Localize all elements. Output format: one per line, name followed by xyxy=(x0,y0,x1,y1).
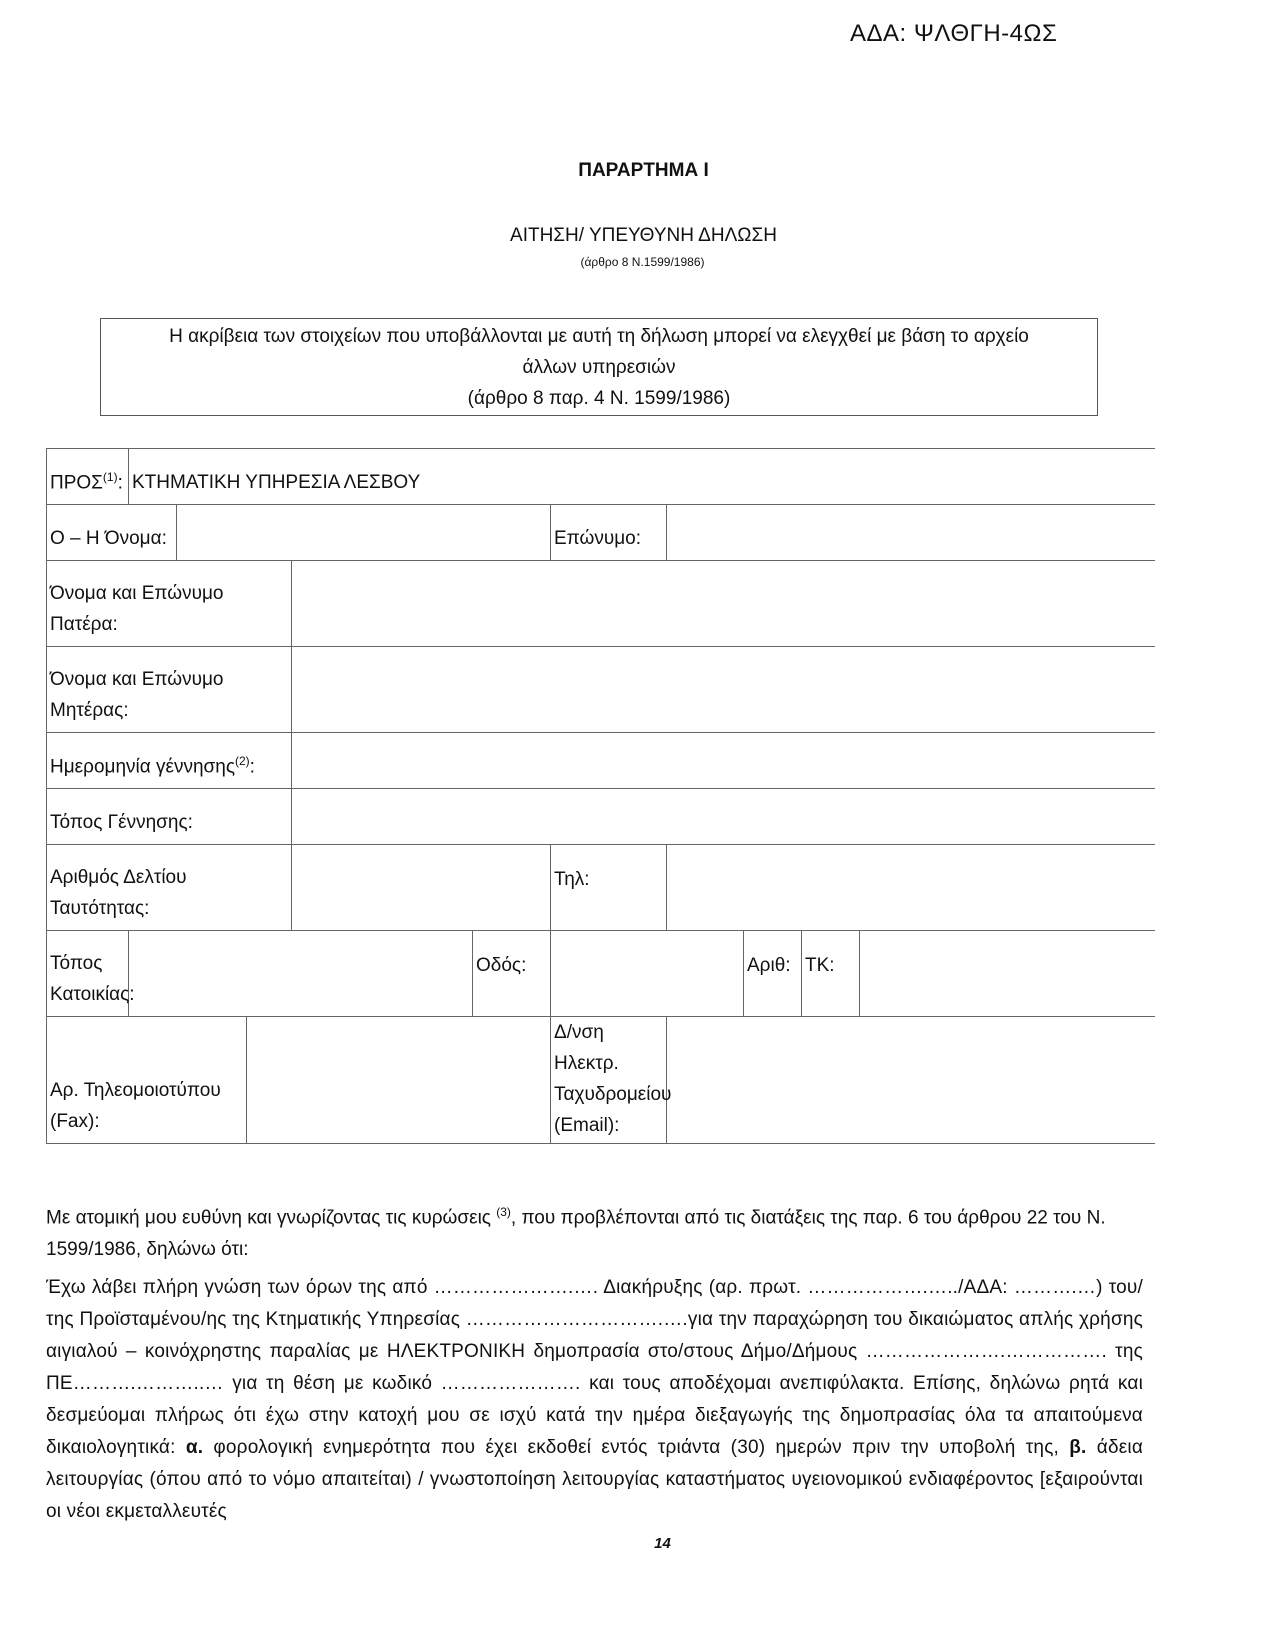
residence-label-line1: Τόπος xyxy=(50,948,128,979)
residence-field[interactable] xyxy=(129,931,473,1017)
birth-place-field[interactable] xyxy=(292,789,1155,845)
fax-label-line1: Αρ. Τηλεομοιοτύπου xyxy=(50,1075,246,1106)
first-name-field[interactable] xyxy=(177,505,551,561)
birth-place-label: Τόπος Γέννησης: xyxy=(47,789,292,845)
email-label-line2: Ταχυδρομείου xyxy=(554,1079,666,1110)
recipient-value: ΚΤΗΜΑΤΙΚΗ ΥΠΗΡΕΣΙΑ ΛΕΣΒΟΥ xyxy=(129,449,1155,505)
postcode-field[interactable] xyxy=(860,931,1155,1017)
form-row-birth-place: Τόπος Γέννησης: xyxy=(47,789,1155,845)
birth-date-label: Ημερομηνία γέννησης(2): xyxy=(47,733,292,789)
accuracy-notice-box: Η ακρίβεια των στοιχείων που υποβάλλοντα… xyxy=(100,318,1098,416)
declaration-intro: Με ατομική μου ευθύνη και γνωρίζοντας τι… xyxy=(46,1196,1143,1266)
phone-label: Τηλ: xyxy=(551,845,667,931)
form-row-fax-email: Αρ. Τηλεομοιοτύπου (Fax): Δ/νση Ηλεκτρ. … xyxy=(47,1017,1155,1144)
declaration-body: Έχω λάβει πλήρη γνώση των όρων της από …… xyxy=(46,1272,1143,1528)
birth-date-label-text: Ημερομηνία γέννησης xyxy=(50,756,235,777)
residence-label-line2: Κατοικίας: xyxy=(50,979,128,1010)
postcode-label: ΤΚ: xyxy=(802,931,860,1017)
last-name-field[interactable] xyxy=(667,505,1155,561)
form-row-father: Όνομα και Επώνυμο Πατέρα: xyxy=(47,561,1155,647)
form-row-mother: Όνομα και Επώνυμο Μητέρας: xyxy=(47,647,1155,733)
body-text-2: φορολογική ενημερότητα που έχει εκδοθεί … xyxy=(203,1437,1069,1458)
first-name-label: Ο – Η Όνομα: xyxy=(47,505,177,561)
intro-text-1: Με ατομική μου ευθύνη και γνωρίζοντας τι… xyxy=(46,1207,496,1228)
id-number-field[interactable] xyxy=(292,845,551,931)
last-name-label: Επώνυμο: xyxy=(551,505,667,561)
notice-line-2: άλλων υπηρεσιών xyxy=(101,352,1097,383)
item-a-marker: α. xyxy=(186,1437,203,1458)
fax-label-line2: (Fax): xyxy=(50,1106,246,1137)
form-row-residence: Τόπος Κατοικίας: Οδός: Αριθ: ΤΚ: xyxy=(47,931,1155,1017)
document-subtitle: ΑΙΤΗΣΗ/ ΥΠΕΥΘΥΝΗ ΔΗΛΩΣΗ xyxy=(0,225,1275,247)
father-name-label: Όνομα και Επώνυμο Πατέρα: xyxy=(47,561,292,647)
mother-name-label-line1: Όνομα και Επώνυμο xyxy=(50,664,291,695)
item-b-marker: β. xyxy=(1069,1437,1086,1458)
footnote-3-ref: (3) xyxy=(496,1205,511,1219)
id-number-label-line1: Αριθμός Δελτίου xyxy=(50,862,291,893)
form-row-id-phone: Αριθμός Δελτίου Ταυτότητας: Τηλ: xyxy=(47,845,1155,931)
recipient-label-text: ΠΡΟΣ xyxy=(50,472,103,493)
footnote-2-ref: (2) xyxy=(235,754,250,768)
fax-field[interactable] xyxy=(247,1017,551,1144)
body-text-1: Έχω λάβει πλήρη γνώση των όρων της από …… xyxy=(46,1277,1143,1458)
street-field[interactable] xyxy=(551,931,744,1017)
ada-code: ΑΔΑ: ΨΛΘΓΗ-4ΩΣ xyxy=(850,20,1057,48)
email-field[interactable] xyxy=(667,1017,1155,1144)
father-name-label-line1: Όνομα και Επώνυμο xyxy=(50,578,291,609)
id-number-label: Αριθμός Δελτίου Ταυτότητας: xyxy=(47,845,292,931)
mother-name-field[interactable] xyxy=(292,647,1155,733)
law-reference: (άρθρο 8 Ν.1599/1986) xyxy=(0,255,1275,269)
form-row-name: Ο – Η Όνομα: Επώνυμο: xyxy=(47,505,1155,561)
annex-title-text: ΠΑΡΑΡΤΗΜΑ Ι xyxy=(578,160,709,182)
id-number-label-line2: Ταυτότητας: xyxy=(50,893,291,924)
email-label-line1: Δ/νση Ηλεκτρ. xyxy=(554,1017,666,1079)
declaration-form-table: ΠΡΟΣ(1): ΚΤΗΜΑΤΙΚΗ ΥΠΗΡΕΣΙΑ ΛΕΣΒΟΥ Ο – Η… xyxy=(46,448,1155,1144)
residence-label: Τόπος Κατοικίας: xyxy=(47,931,129,1017)
phone-field[interactable] xyxy=(667,845,1155,931)
annex-title: ΠΑΡΑΡΤΗΜΑ Ι xyxy=(0,160,1275,182)
fax-label: Αρ. Τηλεομοιοτύπου (Fax): xyxy=(47,1017,247,1144)
street-number-label: Αριθ: xyxy=(744,931,802,1017)
birth-date-colon: : xyxy=(250,756,255,777)
street-label: Οδός: xyxy=(473,931,551,1017)
notice-line-1: Η ακρίβεια των στοιχείων που υποβάλλοντα… xyxy=(101,321,1097,352)
mother-name-label: Όνομα και Επώνυμο Μητέρας: xyxy=(47,647,292,733)
notice-line-3: (άρθρο 8 παρ. 4 Ν. 1599/1986) xyxy=(101,383,1097,414)
father-name-label-line2: Πατέρα: xyxy=(50,609,291,640)
mother-name-label-line2: Μητέρας: xyxy=(50,695,291,726)
recipient-colon: : xyxy=(118,472,123,493)
email-label: Δ/νση Ηλεκτρ. Ταχυδρομείου (Email): xyxy=(551,1017,667,1144)
email-label-line3: (Email): xyxy=(554,1110,666,1141)
birth-date-field[interactable] xyxy=(292,733,1155,789)
page-number: 14 xyxy=(0,1535,1275,1552)
recipient-label: ΠΡΟΣ(1): xyxy=(47,449,129,505)
father-name-field[interactable] xyxy=(292,561,1155,647)
declaration-text: Με ατομική μου ευθύνη και γνωρίζοντας τι… xyxy=(46,1196,1143,1528)
footnote-1-ref: (1) xyxy=(103,470,118,484)
form-row-recipient: ΠΡΟΣ(1): ΚΤΗΜΑΤΙΚΗ ΥΠΗΡΕΣΙΑ ΛΕΣΒΟΥ xyxy=(47,449,1155,505)
form-row-birth-date: Ημερομηνία γέννησης(2): xyxy=(47,733,1155,789)
